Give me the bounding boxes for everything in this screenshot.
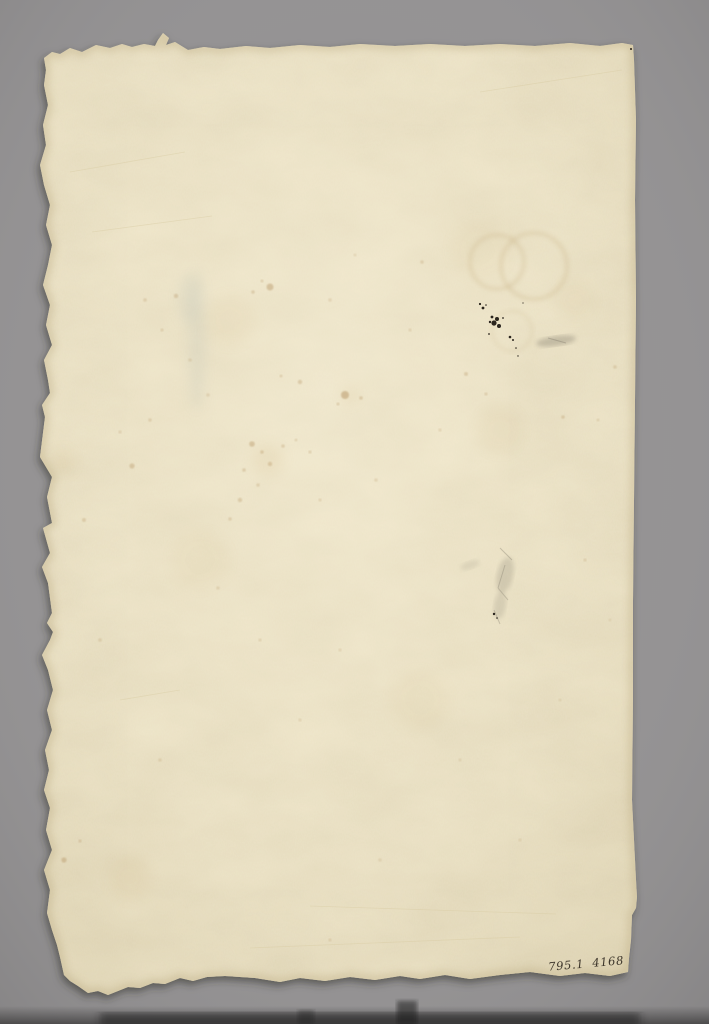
- fox-spot: [308, 450, 311, 453]
- fox-spot: [328, 938, 331, 941]
- fox-spot: [280, 375, 283, 378]
- fox-spot: [260, 450, 264, 454]
- fox-spot: [295, 439, 298, 442]
- photo-stage: 795.1 4168: [0, 0, 709, 1024]
- fox-spot: [338, 648, 341, 651]
- ink-speck: [517, 355, 518, 356]
- ink-speck: [491, 320, 496, 325]
- fox-spot: [408, 328, 411, 331]
- ink-speck: [630, 48, 632, 50]
- fox-spot: [561, 415, 565, 419]
- ink-speck: [496, 617, 498, 619]
- fox-spot: [438, 428, 441, 431]
- fox-spot: [359, 396, 363, 400]
- fox-spot: [559, 699, 562, 702]
- ink-speck: [493, 613, 495, 615]
- fox-spot: [267, 284, 274, 291]
- fox-spot: [374, 478, 378, 482]
- fox-spot: [206, 393, 210, 397]
- ink-speck: [515, 347, 517, 349]
- fox-spot: [354, 254, 357, 257]
- fox-spot: [518, 838, 521, 841]
- fox-spot: [268, 462, 272, 466]
- fox-spot: [298, 718, 301, 721]
- ink-speck: [509, 336, 512, 339]
- fox-spot: [148, 418, 152, 422]
- easel-peg-shadow: [397, 1001, 417, 1024]
- ink-speck: [489, 321, 491, 323]
- fox-spot: [143, 298, 147, 302]
- foxing-patch: [49, 449, 75, 475]
- fox-spot: [249, 441, 255, 447]
- fox-spot: [597, 419, 600, 422]
- fox-spot: [160, 328, 163, 331]
- ink-speck: [491, 316, 494, 319]
- ink-speck: [482, 307, 485, 310]
- foxing-patch: [252, 444, 284, 476]
- fox-spot: [228, 517, 232, 521]
- fox-spot: [256, 483, 260, 487]
- fox-spot: [158, 758, 162, 762]
- foxing-patch: [204, 294, 256, 346]
- fox-spot: [216, 586, 220, 590]
- fox-spot: [242, 468, 246, 472]
- fox-spot: [609, 619, 612, 622]
- fox-spot: [613, 365, 617, 369]
- bottom-shadow-core: [100, 1013, 640, 1024]
- fox-spot: [583, 558, 586, 561]
- easel-peg-shadow-left: [298, 1010, 314, 1024]
- fox-spot: [118, 430, 121, 433]
- ink-speck: [522, 302, 523, 303]
- fox-spot: [98, 638, 102, 642]
- ink-speck: [485, 304, 487, 306]
- artwork-photo: 795.1 4168: [0, 0, 709, 1024]
- ink-speck: [495, 317, 499, 321]
- fox-spot: [129, 463, 134, 468]
- ink-speck: [479, 303, 481, 305]
- fox-spot: [378, 858, 382, 862]
- fox-spot: [464, 372, 468, 376]
- fox-spot: [82, 518, 86, 522]
- foxing-patch: [390, 670, 450, 730]
- foxing-patch: [108, 856, 152, 900]
- fox-spot: [188, 358, 192, 362]
- fox-spot: [261, 280, 264, 283]
- ink-speck: [512, 339, 514, 341]
- fox-spot: [337, 403, 340, 406]
- fox-spot: [78, 839, 81, 842]
- fox-spot: [251, 290, 255, 294]
- paper-sheet: 795.1 4168: [30, 20, 650, 1010]
- ink-speck: [497, 324, 501, 328]
- ink-speck: [502, 317, 504, 319]
- fox-spot: [328, 298, 332, 302]
- foxing-patch: [170, 530, 230, 590]
- blue-stain: [178, 275, 198, 325]
- fox-spot: [318, 498, 321, 501]
- foxing-patch: [476, 406, 524, 454]
- fox-spot: [61, 857, 66, 862]
- fox-spot: [420, 260, 424, 264]
- fox-spot: [238, 498, 242, 502]
- fox-spot: [298, 380, 302, 384]
- fox-spot: [458, 758, 461, 761]
- ink-speck: [488, 333, 490, 335]
- fox-spot: [174, 294, 178, 298]
- fox-spot: [341, 391, 349, 399]
- fox-spot: [258, 638, 261, 641]
- fox-spot: [281, 444, 285, 448]
- fox-spot: [484, 392, 487, 395]
